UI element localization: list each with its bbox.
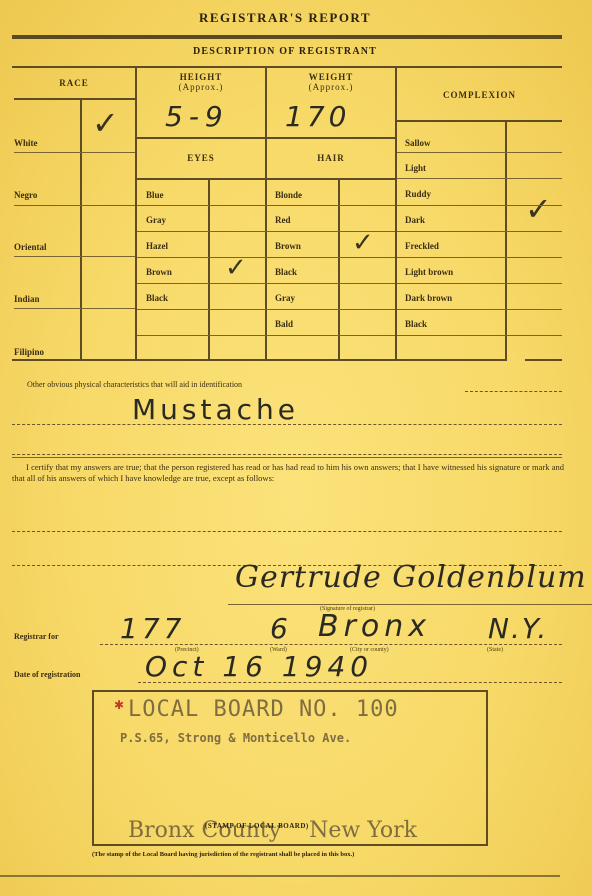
race-negro-label: Negro bbox=[14, 190, 37, 200]
eyes-gray-label: Gray bbox=[146, 215, 166, 225]
section-subtitle: DESCRIPTION OF REGISTRANT bbox=[0, 46, 570, 57]
hair-black-label: Black bbox=[275, 267, 297, 277]
complexion-freckled-label: Freckled bbox=[405, 241, 439, 251]
height-sub: (Approx.) bbox=[137, 82, 265, 92]
grid-vline bbox=[505, 122, 507, 359]
weight-sub: (Approx.) bbox=[267, 82, 395, 92]
complexion-sallow-label: Sallow bbox=[405, 138, 431, 148]
hair-brown-check[interactable]: ✓ bbox=[352, 230, 374, 256]
document-title: REGISTRAR'S REPORT bbox=[0, 10, 570, 26]
race-white-label: White bbox=[14, 138, 38, 148]
row-rule bbox=[137, 205, 395, 206]
complexion-dark-label: Dark bbox=[405, 215, 425, 225]
height-rule bbox=[137, 137, 265, 139]
eyes-black-label: Black bbox=[146, 293, 168, 303]
race-white-check[interactable]: ✓ bbox=[92, 110, 119, 136]
bottom-rule bbox=[0, 875, 560, 877]
row-rule bbox=[397, 257, 562, 258]
precinct-value: 177 bbox=[120, 612, 185, 645]
hair-gray-label: Gray bbox=[275, 293, 295, 303]
eyes-blue-label: Blue bbox=[146, 190, 164, 200]
weight-value: 170 bbox=[285, 100, 350, 133]
race-header: RACE bbox=[14, 78, 134, 88]
row-rule bbox=[14, 205, 135, 206]
grid-bottom-rule bbox=[12, 359, 507, 361]
complexion-ruddy-label: Ruddy bbox=[405, 189, 431, 199]
row-rule bbox=[137, 257, 395, 258]
grid-vline bbox=[135, 67, 137, 359]
other-characteristics-value: Mustache bbox=[132, 393, 299, 426]
row-rule bbox=[397, 152, 562, 153]
complexion-dark-check[interactable]: ✓ bbox=[525, 196, 552, 222]
complexion-black-label: Black bbox=[405, 319, 427, 329]
row-rule bbox=[137, 231, 395, 232]
eyes-brown-check[interactable]: ✓ bbox=[225, 255, 247, 281]
grid-vline bbox=[80, 100, 82, 359]
stamp-caption: (STAMP OF LOCAL BOARD) bbox=[205, 822, 309, 830]
weight-label: WEIGHT bbox=[267, 72, 395, 82]
race-oriental-label: Oriental bbox=[14, 242, 47, 252]
race-filipino-label: Filipino bbox=[14, 347, 44, 357]
ward-value: 6 bbox=[270, 612, 288, 645]
row-rule bbox=[14, 152, 135, 153]
state-value: N.Y. bbox=[488, 612, 548, 645]
height-value: 5-9 bbox=[165, 100, 229, 133]
weight-header: WEIGHT (Approx.) bbox=[267, 72, 395, 92]
hair-bald-label: Bald bbox=[275, 319, 293, 329]
title-rule bbox=[12, 35, 562, 39]
date-of-registration-label: Date of registration bbox=[14, 670, 81, 679]
hair-blonde-label: Blonde bbox=[275, 190, 302, 200]
eyes-header: EYES bbox=[137, 153, 265, 163]
stamp-line-1: LOCAL BOARD NO. 100 bbox=[128, 697, 399, 722]
grid-vline bbox=[395, 67, 397, 359]
row-rule bbox=[397, 335, 562, 336]
dotted-line bbox=[12, 424, 562, 425]
weight-rule bbox=[267, 137, 395, 139]
grid-bottom-rule-right bbox=[525, 359, 562, 361]
complexion-header: COMPLEXION bbox=[397, 90, 562, 100]
eyes-hair-header-rule bbox=[137, 178, 395, 180]
signature-line bbox=[228, 604, 592, 605]
complexion-dark-brown-label: Dark brown bbox=[405, 293, 452, 303]
height-header: HEIGHT (Approx.) bbox=[137, 72, 265, 92]
complexion-light-brown-label: Light brown bbox=[405, 267, 453, 277]
row-rule bbox=[137, 335, 395, 336]
dotted-line bbox=[12, 454, 562, 455]
table-top-rule bbox=[12, 66, 562, 68]
registrar-for-label: Registrar for bbox=[14, 632, 59, 641]
race-indian-label: Indian bbox=[14, 294, 40, 304]
eyes-brown-label: Brown bbox=[146, 267, 172, 277]
grid-vline bbox=[208, 180, 210, 359]
dotted-line bbox=[465, 391, 562, 392]
date-of-registration-value: Oct 16 1940 bbox=[145, 650, 373, 683]
row-rule bbox=[397, 231, 562, 232]
red-mark: ✱ bbox=[114, 698, 124, 713]
row-rule bbox=[397, 178, 562, 179]
grid-vline bbox=[338, 180, 340, 359]
hair-red-label: Red bbox=[275, 215, 291, 225]
row-rule bbox=[14, 308, 135, 309]
hair-brown-label: Brown bbox=[275, 241, 301, 251]
dotted-line bbox=[12, 531, 562, 532]
hair-header: HAIR bbox=[267, 153, 395, 163]
row-rule bbox=[14, 256, 135, 257]
race-header-rule bbox=[14, 98, 135, 100]
row-rule bbox=[397, 283, 562, 284]
other-characteristics-label: Other obvious physical characteristics t… bbox=[27, 380, 467, 389]
registrar-signature: Gertrude Goldenblum bbox=[235, 560, 587, 595]
section-rule bbox=[12, 457, 562, 458]
stamp-line-2: P.S.65, Strong & Monticello Ave. bbox=[120, 731, 351, 745]
row-rule bbox=[137, 283, 395, 284]
height-label: HEIGHT bbox=[137, 72, 265, 82]
certification-text: I certify that my answers are true; that… bbox=[12, 462, 564, 484]
registrars-report-card: REGISTRAR'S REPORT DESCRIPTION OF REGIST… bbox=[0, 0, 592, 896]
eyes-hazel-label: Hazel bbox=[146, 241, 168, 251]
row-rule bbox=[397, 309, 562, 310]
stamp-footnote: (The stamp of the Local Board having jur… bbox=[92, 851, 492, 859]
row-rule bbox=[137, 309, 395, 310]
grid-vline bbox=[265, 67, 267, 359]
state-caption: (State) bbox=[487, 647, 503, 653]
complexion-header-rule bbox=[397, 120, 562, 122]
city-value: Bronx bbox=[318, 609, 431, 644]
complexion-light-label: Light bbox=[405, 163, 426, 173]
row-rule bbox=[397, 205, 562, 206]
